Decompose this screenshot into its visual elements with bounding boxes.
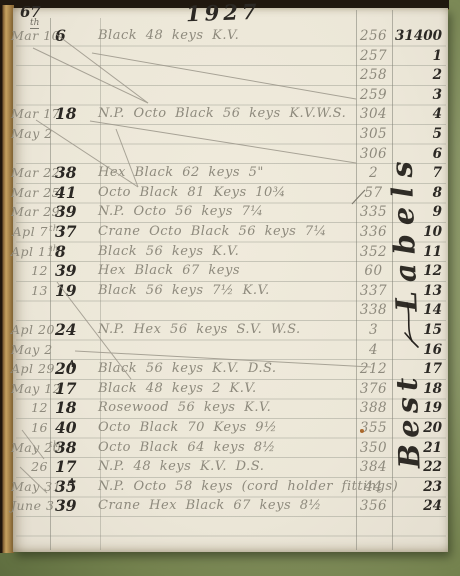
description-cell [98, 46, 354, 66]
quantity-cell: 35 [55, 477, 95, 497]
date-cell: Apl 11 [11, 242, 48, 262]
quantity-superscript: A [68, 473, 75, 493]
quantity-cell: 39 [55, 202, 95, 222]
value-cell: 3 [355, 320, 392, 340]
quantity-cell: 17 [55, 379, 95, 399]
description-cell: Hex Black 62 keys 5" [98, 163, 354, 183]
margin-number-cell: 3 [394, 85, 451, 105]
date-cell: 16 [11, 418, 48, 438]
description-cell [98, 340, 354, 360]
date-cell [11, 46, 48, 66]
quantity-cell: 20 [55, 359, 95, 379]
date-cell: 13 [11, 281, 48, 301]
value-cell: 44 [355, 477, 392, 497]
description-cell: Octo Black 70 Keys 9½ [98, 418, 354, 438]
description-cell: N.P. 48 keys K.V. D.S. [98, 457, 354, 477]
date-cell: May 2 [11, 124, 48, 144]
value-cell: 356 [355, 496, 392, 516]
value-cell: 355 [355, 418, 392, 438]
date-cell: June 3 [11, 496, 48, 516]
description-cell: Rosewood 56 keys K.V. [98, 398, 354, 418]
scanned-ledger-page: 67 th 1927 Mar 10 6 Black 48 keys K.V. 2… [0, 0, 460, 576]
value-cell: 376 [355, 379, 392, 399]
quantity-cell [55, 46, 95, 66]
date-cell: May 31 [11, 477, 48, 497]
description-cell: Black 56 keys K.V. [98, 242, 354, 262]
value-cell: 257 [355, 46, 392, 66]
description-cell: N.P. Octo Black 56 keys K.V.W.S. [98, 104, 354, 124]
date-cell [11, 85, 48, 105]
description-cell [98, 124, 354, 144]
value-cell: 338 [355, 300, 392, 320]
margin-number-cell: 24 [394, 496, 451, 516]
quantity-cell [55, 85, 95, 105]
quantity-cell [55, 300, 95, 320]
quantity-cell [55, 144, 95, 164]
ledger-row: June 3 39 Crane Hex Black 67 keys 8½ 356… [0, 496, 460, 516]
margin-number-cell: 1 [394, 46, 451, 66]
quantity-cell: 40 [55, 418, 95, 438]
quantity-cell: 18 [55, 104, 95, 124]
quantity-cell: 8 [55, 242, 95, 262]
date-cell [11, 144, 48, 164]
date-cell: 26 [11, 457, 48, 477]
ledger-row: Mar 17 18 N.P. Octo Black 56 keys K.V.W.… [0, 104, 460, 124]
description-cell: N.P. Octo 56 keys 7¼ [98, 202, 354, 222]
description-cell: Black 48 keys K.V. [98, 26, 354, 46]
ledger-row: 259 3 [0, 85, 460, 105]
date-cell: 12 [11, 398, 48, 418]
margin-number-cell: 31400 [394, 26, 451, 46]
date-cell: Mar 17 [11, 104, 48, 124]
quantity-cell: 38 [55, 163, 95, 183]
description-cell: Crane Hex Black 67 keys 8½ [98, 496, 354, 516]
description-cell: Black 48 keys 2 K.V. [98, 379, 354, 399]
ledger-row: 258 2 [0, 65, 460, 85]
quantity-cell: 6 [55, 26, 95, 46]
quantity-cell: 38 [55, 438, 95, 458]
date-cell: Apl 7 [11, 222, 48, 242]
description-cell: Black 56 keys K.V. D.S. [98, 359, 354, 379]
margin-number-cell: 4 [394, 104, 451, 124]
description-cell: Octo Black 81 Keys 10¾ [98, 183, 354, 203]
value-cell: 4 [355, 340, 392, 360]
quantity-cell: 39 [55, 496, 95, 516]
description-cell: Black 56 keys 7½ K.V. [98, 281, 354, 301]
date-cell: Apl 20 [11, 320, 48, 340]
value-cell: 337 [355, 281, 392, 301]
margin-number-cell: 2 [394, 65, 451, 85]
description-cell: Octo Black 64 keys 8½ [98, 438, 354, 458]
description-cell: Crane Octo Black 56 keys 7¼ [98, 222, 354, 242]
quantity-cell: 18 [55, 398, 95, 418]
date-cell: 12 [11, 261, 48, 281]
date-cell [11, 300, 48, 320]
quantity-cell [55, 340, 95, 360]
value-cell: 258 [355, 65, 392, 85]
value-cell: 256 [355, 26, 392, 46]
quantity-superscript: A [68, 355, 75, 375]
value-cell: 259 [355, 85, 392, 105]
margin-note-labels: Labels [384, 131, 425, 332]
date-cell: May 2 [11, 340, 48, 360]
quantity-cell: 17 [55, 457, 95, 477]
value-cell: 212 [355, 359, 392, 379]
margin-note-best: Best [388, 344, 427, 495]
description-cell [98, 144, 354, 164]
quantity-cell: 24 [55, 320, 95, 340]
value-cell: 388 [355, 398, 392, 418]
date-cell: Apl 29 [11, 359, 48, 379]
description-cell: N.P. Octo 58 keys (cord holder fittings) [98, 477, 354, 497]
value-cell: 384 [355, 457, 392, 477]
date-cell: Mar 29 [11, 202, 48, 222]
quantity-cell: 19 [55, 281, 95, 301]
quantity-cell: 41 [55, 183, 95, 203]
quantity-cell: 37 [55, 222, 95, 242]
quantity-cell: 39 [55, 261, 95, 281]
date-cell: May 12 [11, 379, 48, 399]
date-cell [11, 65, 48, 85]
quantity-cell [55, 65, 95, 85]
value-cell: 304 [355, 104, 392, 124]
description-cell [98, 65, 354, 85]
description-cell: Hex Black 67 keys [98, 261, 354, 281]
description-cell [98, 300, 354, 320]
date-cell: Mar 10 [11, 26, 48, 46]
date-cell: Mar 25 [11, 183, 48, 203]
value-cell: 60 [355, 261, 392, 281]
ledger-row: 257 1 [0, 46, 460, 66]
value-cell: 350 [355, 438, 392, 458]
date-cell: Mar 22 [11, 163, 48, 183]
description-cell [98, 85, 354, 105]
ledger-row: May 31 35A N.P. Octo 58 keys (cord holde… [0, 477, 460, 497]
date-cell: May 20 [11, 438, 48, 458]
quantity-cell [55, 124, 95, 144]
description-cell: N.P. Hex 56 keys S.V. W.S. [98, 320, 354, 340]
ledger-row: Mar 10 6 Black 48 keys K.V. 256 31400 [0, 26, 460, 46]
